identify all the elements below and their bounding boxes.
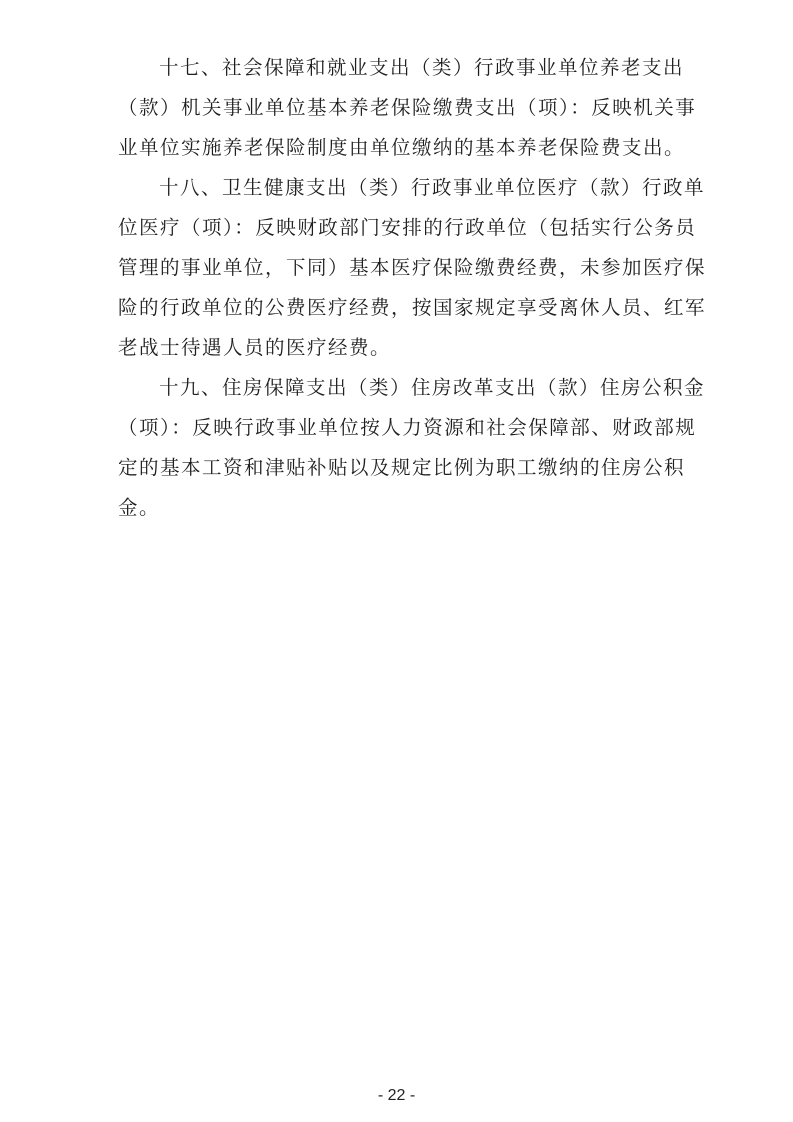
text-line: 位医疗（项）：反映财政部门安排的行政单位（包括实行公务员 xyxy=(118,208,684,248)
page-number: - 22 - xyxy=(0,1087,793,1105)
text-line: 业单位实施养老保险制度由单位缴纳的基本养老保险费支出。 xyxy=(118,128,684,168)
text-line: 金。 xyxy=(118,488,684,528)
text-line: 十八、卫生健康支出（类）行政事业单位医疗（款）行政单 xyxy=(118,168,684,208)
text-line: 老战士待遇人员的医疗经费。 xyxy=(118,328,684,368)
text-line: （项）：反映行政事业单位按人力资源和社会保障部、财政部规 xyxy=(118,408,684,448)
text-line: （款）机关事业单位基本养老保险缴费支出（项）：反映机关事 xyxy=(118,88,684,128)
text-line: 险的行政单位的公费医疗经费，按国家规定享受离休人员、红军 xyxy=(118,288,684,328)
text-line: 管理的事业单位，下同）基本医疗保险缴费经费，未参加医疗保 xyxy=(118,248,684,288)
text-line: 十七、社会保障和就业支出（类）行政事业单位养老支出 xyxy=(118,48,684,88)
body-text: 十七、社会保障和就业支出（类）行政事业单位养老支出 （款）机关事业单位基本养老保… xyxy=(118,48,688,528)
paragraph-item-18: 十八、卫生健康支出（类）行政事业单位医疗（款）行政单 位医疗（项）：反映财政部门… xyxy=(118,168,688,368)
text-line: 定的基本工资和津贴补贴以及规定比例为职工缴纳的住房公积 xyxy=(118,448,684,488)
document-page: 十七、社会保障和就业支出（类）行政事业单位养老支出 （款）机关事业单位基本养老保… xyxy=(0,0,793,1122)
paragraph-item-19: 十九、住房保障支出（类）住房改革支出（款）住房公积金 （项）：反映行政事业单位按… xyxy=(118,368,688,528)
text-line: 十九、住房保障支出（类）住房改革支出（款）住房公积金 xyxy=(118,368,684,408)
paragraph-item-17: 十七、社会保障和就业支出（类）行政事业单位养老支出 （款）机关事业单位基本养老保… xyxy=(118,48,688,168)
